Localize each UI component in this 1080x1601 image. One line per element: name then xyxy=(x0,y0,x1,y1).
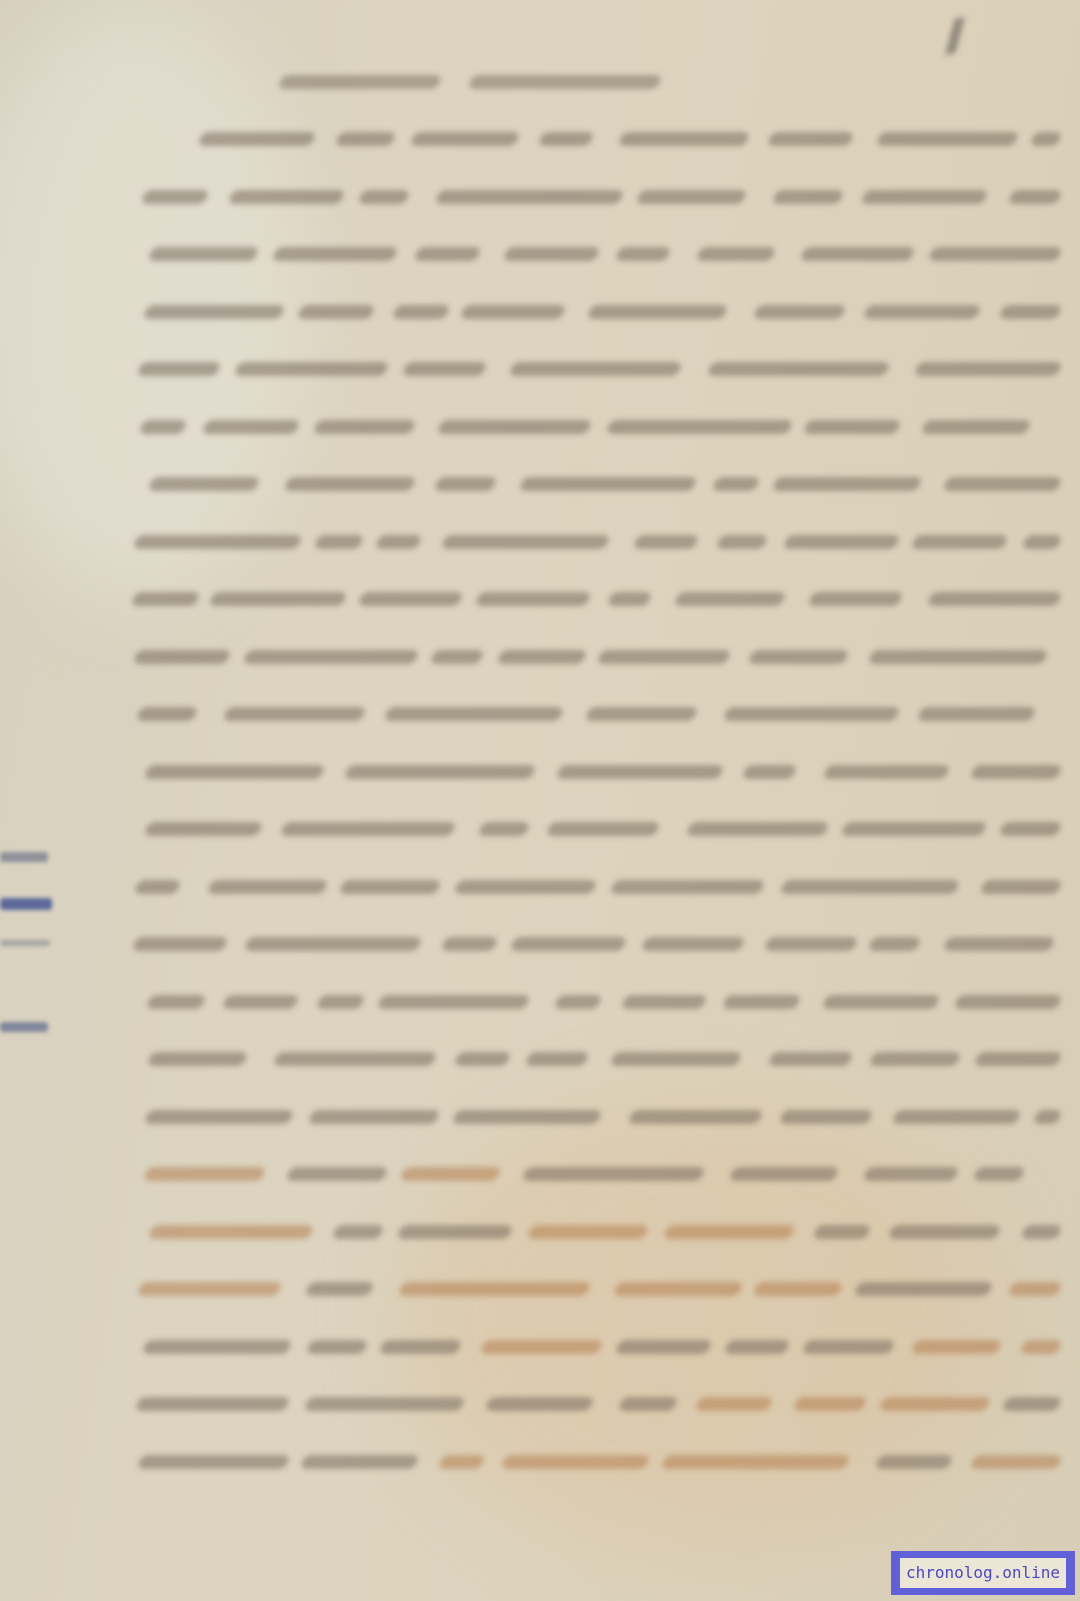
handwritten-word xyxy=(222,707,366,721)
handwritten-word xyxy=(998,305,1063,319)
handwritten-word xyxy=(1021,1225,1063,1239)
handwritten-word xyxy=(840,822,987,836)
handwritten-word xyxy=(822,765,950,779)
handwritten-word xyxy=(635,190,747,204)
handwritten-word xyxy=(612,1282,743,1296)
handwritten-word xyxy=(768,1052,855,1066)
handwritten-word xyxy=(243,937,422,951)
handwritten-word xyxy=(875,1455,954,1469)
handwritten-word xyxy=(272,247,399,261)
handwritten-word xyxy=(545,822,660,836)
handwritten-word xyxy=(800,247,916,261)
handwritten-word xyxy=(606,592,652,606)
handwritten-word xyxy=(614,1340,712,1354)
handwritten-word xyxy=(440,535,610,549)
handwritten-word xyxy=(136,707,199,721)
handwritten-word xyxy=(973,1052,1062,1066)
handwritten-word xyxy=(228,190,346,204)
handwritten-word xyxy=(305,1340,368,1354)
handwritten-word xyxy=(753,305,847,319)
handwritten-word xyxy=(911,1340,1003,1354)
handwritten-word xyxy=(141,1340,292,1354)
handwritten-word xyxy=(242,650,419,664)
handwritten-word xyxy=(632,535,699,549)
manuscript-line xyxy=(0,1110,1080,1140)
handwritten-word xyxy=(147,1225,314,1239)
handwritten-word xyxy=(146,1052,248,1066)
handwritten-word xyxy=(694,1397,773,1411)
handwritten-word xyxy=(429,650,484,664)
handwritten-word xyxy=(1002,1397,1063,1411)
handwritten-word xyxy=(752,1282,844,1296)
handwritten-word xyxy=(308,1110,441,1124)
handwritten-word xyxy=(312,420,416,434)
handwritten-word xyxy=(615,247,672,261)
handwritten-word xyxy=(587,305,729,319)
handwritten-word xyxy=(485,1397,595,1411)
manuscript-line xyxy=(0,880,1080,910)
manuscript-line xyxy=(0,1225,1080,1255)
handwritten-word xyxy=(801,1340,895,1354)
handwritten-word xyxy=(910,535,1008,549)
handwritten-word xyxy=(778,1110,873,1124)
handwritten-word xyxy=(969,1455,1062,1469)
handwritten-word xyxy=(803,420,902,434)
handwritten-word xyxy=(397,1282,591,1296)
handwritten-word xyxy=(508,362,682,376)
handwritten-word xyxy=(763,937,858,951)
manuscript-line xyxy=(0,1455,1080,1485)
handwritten-word xyxy=(711,477,760,491)
handwritten-word xyxy=(953,995,1062,1009)
manuscript-line xyxy=(0,190,1080,220)
manuscript-line xyxy=(0,1397,1080,1427)
handwritten-word xyxy=(143,1110,294,1124)
handwritten-word xyxy=(627,1110,763,1124)
handwritten-word xyxy=(358,592,464,606)
handwritten-word xyxy=(145,995,206,1009)
handwritten-word xyxy=(332,1225,385,1239)
handwritten-word xyxy=(413,247,481,261)
handwritten-word xyxy=(143,305,286,319)
handwritten-word xyxy=(131,937,228,951)
handwritten-word xyxy=(376,995,530,1009)
handwritten-word xyxy=(234,362,391,376)
handwritten-word xyxy=(867,650,1048,664)
manuscript-line xyxy=(0,132,1080,162)
handwritten-word xyxy=(772,477,923,491)
handwritten-word xyxy=(136,1455,290,1469)
handwritten-word xyxy=(452,1110,603,1124)
handwritten-word xyxy=(863,1167,960,1181)
handwritten-word xyxy=(617,1397,678,1411)
handwritten-word xyxy=(610,1052,743,1066)
handwritten-word xyxy=(1019,1340,1062,1354)
handwritten-word xyxy=(943,477,1063,491)
handwritten-word xyxy=(315,995,365,1009)
handwritten-word xyxy=(300,1455,420,1469)
handwritten-word xyxy=(970,765,1063,779)
margin-note xyxy=(0,898,52,910)
handwritten-word xyxy=(928,247,1063,261)
handwritten-word xyxy=(437,1455,485,1469)
manuscript-line xyxy=(0,477,1080,507)
handwritten-word xyxy=(454,1052,512,1066)
watermark-text: chronolog.online xyxy=(900,1558,1066,1588)
handwritten-word xyxy=(706,362,890,376)
margin-note xyxy=(0,1022,48,1032)
handwritten-word xyxy=(434,190,625,204)
handwritten-word xyxy=(500,1455,650,1469)
handwritten-word xyxy=(553,995,602,1009)
page-number-mark xyxy=(945,18,965,54)
handwritten-word xyxy=(538,132,595,146)
handwritten-word xyxy=(876,132,1020,146)
handwritten-word xyxy=(477,822,530,836)
handwritten-word xyxy=(304,1397,466,1411)
handwritten-word xyxy=(662,1225,795,1239)
handwritten-word xyxy=(584,707,698,721)
handwritten-word xyxy=(916,707,1036,721)
handwritten-word xyxy=(497,650,588,664)
handwritten-word xyxy=(436,420,592,434)
handwritten-word xyxy=(522,1167,706,1181)
handwritten-word xyxy=(860,190,988,204)
handwritten-word xyxy=(313,535,364,549)
handwritten-word xyxy=(767,132,855,146)
handwritten-word xyxy=(297,305,376,319)
manuscript-line xyxy=(0,362,1080,392)
handwritten-word xyxy=(338,880,441,894)
handwritten-word xyxy=(723,707,901,721)
manuscript-line xyxy=(0,535,1080,565)
handwritten-word xyxy=(618,132,752,146)
handwritten-word xyxy=(854,1282,994,1296)
watermark-badge: chronolog.online xyxy=(891,1551,1075,1595)
manuscript-line xyxy=(0,995,1080,1025)
handwritten-word xyxy=(280,822,457,836)
handwritten-word xyxy=(913,362,1062,376)
handwritten-word xyxy=(723,1340,790,1354)
handwritten-word xyxy=(696,247,777,261)
handwritten-word xyxy=(401,362,487,376)
handwritten-word xyxy=(605,420,794,434)
handwritten-word xyxy=(888,1225,1002,1239)
handwritten-word xyxy=(869,1052,962,1066)
handwritten-word xyxy=(812,1225,871,1239)
handwritten-word xyxy=(891,1110,1021,1124)
handwritten-word xyxy=(674,592,787,606)
handwritten-word xyxy=(136,1282,282,1296)
handwritten-word xyxy=(721,995,801,1009)
handwritten-word xyxy=(334,132,396,146)
manuscript-line xyxy=(0,305,1080,335)
manuscript-line xyxy=(0,822,1080,852)
handwritten-word xyxy=(502,247,600,261)
handwritten-word xyxy=(685,822,829,836)
handwritten-word xyxy=(132,535,302,549)
handwritten-word xyxy=(1008,190,1063,204)
manuscript-line xyxy=(0,1282,1080,1312)
handwritten-word xyxy=(524,1052,589,1066)
handwritten-word xyxy=(716,535,769,549)
handwritten-word xyxy=(782,535,900,549)
handwritten-word xyxy=(143,765,325,779)
handwritten-word xyxy=(510,937,628,951)
handwritten-word xyxy=(460,305,567,319)
manuscript-line xyxy=(0,1167,1080,1197)
handwritten-word xyxy=(972,1167,1025,1181)
handwritten-word xyxy=(661,1455,851,1469)
handwritten-word xyxy=(979,880,1062,894)
manuscript-line xyxy=(0,247,1080,277)
handwritten-word xyxy=(399,1167,501,1181)
handwritten-word xyxy=(441,937,499,951)
handwritten-word xyxy=(133,650,232,664)
handwritten-word xyxy=(807,592,903,606)
handwritten-word xyxy=(641,937,746,951)
handwritten-word xyxy=(396,1225,514,1239)
handwritten-word xyxy=(141,190,210,204)
manuscript-line xyxy=(0,650,1080,680)
handwritten-word xyxy=(1030,132,1063,146)
handwritten-word xyxy=(201,420,300,434)
handwritten-word xyxy=(771,190,844,204)
handwritten-word xyxy=(728,1167,839,1181)
handwritten-word xyxy=(1032,1110,1062,1124)
handwritten-word xyxy=(942,937,1056,951)
handwritten-word xyxy=(209,592,348,606)
handwritten-word xyxy=(879,1397,992,1411)
manuscript-line xyxy=(0,420,1080,450)
document-page: 6 xyxy=(0,0,1080,1601)
handwritten-word xyxy=(597,650,732,664)
handwritten-word xyxy=(197,132,316,146)
handwritten-word xyxy=(1021,535,1062,549)
handwritten-word xyxy=(147,247,259,261)
handwritten-word xyxy=(142,1167,266,1181)
handwritten-word xyxy=(357,190,410,204)
manuscript-line xyxy=(0,765,1080,795)
handwritten-word xyxy=(285,1167,388,1181)
handwritten-word xyxy=(143,822,263,836)
handwritten-word xyxy=(392,305,451,319)
handwritten-word xyxy=(433,477,497,491)
handwritten-word xyxy=(1007,1282,1062,1296)
handwritten-word xyxy=(927,592,1063,606)
handwritten-word xyxy=(273,1052,438,1066)
handwritten-word xyxy=(793,1397,868,1411)
manuscript-line xyxy=(0,1340,1080,1370)
handwritten-word xyxy=(130,592,200,606)
handwritten-word xyxy=(374,535,422,549)
handwritten-word xyxy=(378,1340,462,1354)
handwritten-word xyxy=(999,822,1063,836)
handwritten-word xyxy=(384,707,565,721)
handwritten-word xyxy=(135,1397,291,1411)
manuscript-line xyxy=(0,592,1080,622)
handwritten-word xyxy=(343,765,537,779)
manuscript-line xyxy=(0,707,1080,737)
handwritten-word xyxy=(519,477,699,491)
margin-note xyxy=(0,940,50,946)
handwritten-word xyxy=(748,650,850,664)
handwritten-word xyxy=(867,937,921,951)
handwritten-word xyxy=(409,132,521,146)
handwritten-word xyxy=(222,995,301,1009)
handwritten-word xyxy=(305,1282,375,1296)
handwritten-word xyxy=(556,765,726,779)
handwritten-word xyxy=(284,477,417,491)
handwritten-word xyxy=(527,1225,650,1239)
manuscript-line xyxy=(0,937,1080,967)
handwritten-word xyxy=(479,1340,603,1354)
handwritten-word xyxy=(134,880,182,894)
handwritten-word xyxy=(147,477,261,491)
handwritten-word xyxy=(206,880,328,894)
handwritten-word xyxy=(453,880,597,894)
handwritten-word xyxy=(474,592,591,606)
handwritten-word xyxy=(136,362,221,376)
manuscript-line xyxy=(0,1052,1080,1082)
margin-note xyxy=(0,852,48,862)
handwritten-word xyxy=(139,420,188,434)
document-heading xyxy=(0,75,1080,105)
handwritten-word xyxy=(863,305,982,319)
handwritten-word xyxy=(822,995,941,1009)
handwritten-word xyxy=(620,995,707,1009)
handwritten-word xyxy=(741,765,797,779)
handwritten-word xyxy=(920,420,1031,434)
handwritten-word xyxy=(610,880,766,894)
handwritten-word xyxy=(780,880,961,894)
